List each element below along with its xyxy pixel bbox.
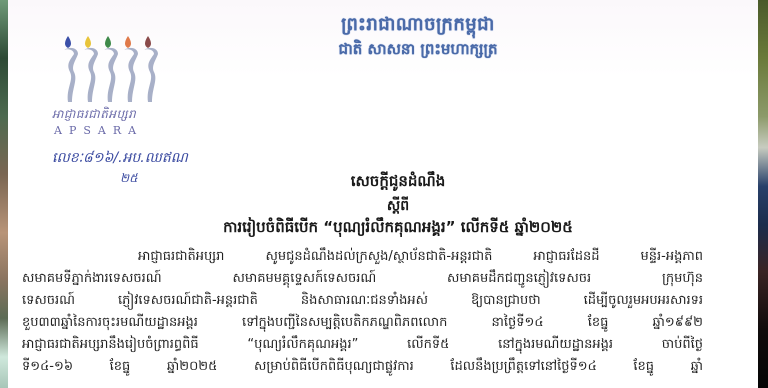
body-line: អាជ្ញាធរជាតិអប្សរានឹងរៀបចំព្រារព្ធពិធី “… (22, 334, 703, 356)
announcement-subject-label: ស្តីពី (128, 196, 668, 217)
logo-english-name: APSARA (54, 124, 174, 137)
announcement-title: សេចក្តីជូនដំណឹង (128, 172, 668, 194)
document-page: អាជ្ញាធរជាតិអប្សរា APSARA លេខៈ៨១៦/.អប.ឈឥ… (8, 0, 758, 388)
national-motto: ជាតិ សាសនា ព្រះមហាក្សត្រ (288, 40, 548, 62)
body-line: ខួប៣៣ឆ្នាំនៃការចុះរមណីយដ្ឋានអង្គរ ទៅក្នុ… (22, 312, 703, 334)
kingdom-heading: ព្រះរាជាណាចក្រកម្ពុជា (288, 12, 548, 39)
body-line: ទី១៤-១៦ ខែធ្នូ ឆ្នាំ២០២៥ សម្រាប់ពិធីបើកព… (22, 356, 703, 378)
body-line: អាជ្ញាធរជាតិអប្សរា សូមជូនដំណឹងដល់ក្រសួង/… (138, 246, 703, 268)
announcement-body: អាជ្ញាធរជាតិអប្សរា សូមជូនដំណឹងដល់ក្រសួង/… (138, 246, 703, 378)
apsara-dancers-icon (52, 32, 172, 112)
photo-background-left (0, 0, 8, 388)
photo-background-right (758, 0, 768, 388)
body-line: ទេសចរណ៍ ភ្ញៀវទេសចរណ៍ជាតិ-អន្តរជាតិ និងសា… (22, 290, 703, 312)
logo-khmer-name: អាជ្ញាធរជាតិអប្សរា (52, 106, 172, 124)
reference-number: លេខៈ៨១៦/.អប.ឈឥណ (52, 148, 188, 169)
body-line: សមាគមទីភ្នាក់ងារទេសចរណ៍ សមាគមមគ្គុទ្ទេសក… (22, 268, 703, 290)
announcement-subject: ការរៀបចំពិធីបើក “បុណ្យរំលឹកគុណអង្គរ” លើក… (128, 218, 668, 240)
